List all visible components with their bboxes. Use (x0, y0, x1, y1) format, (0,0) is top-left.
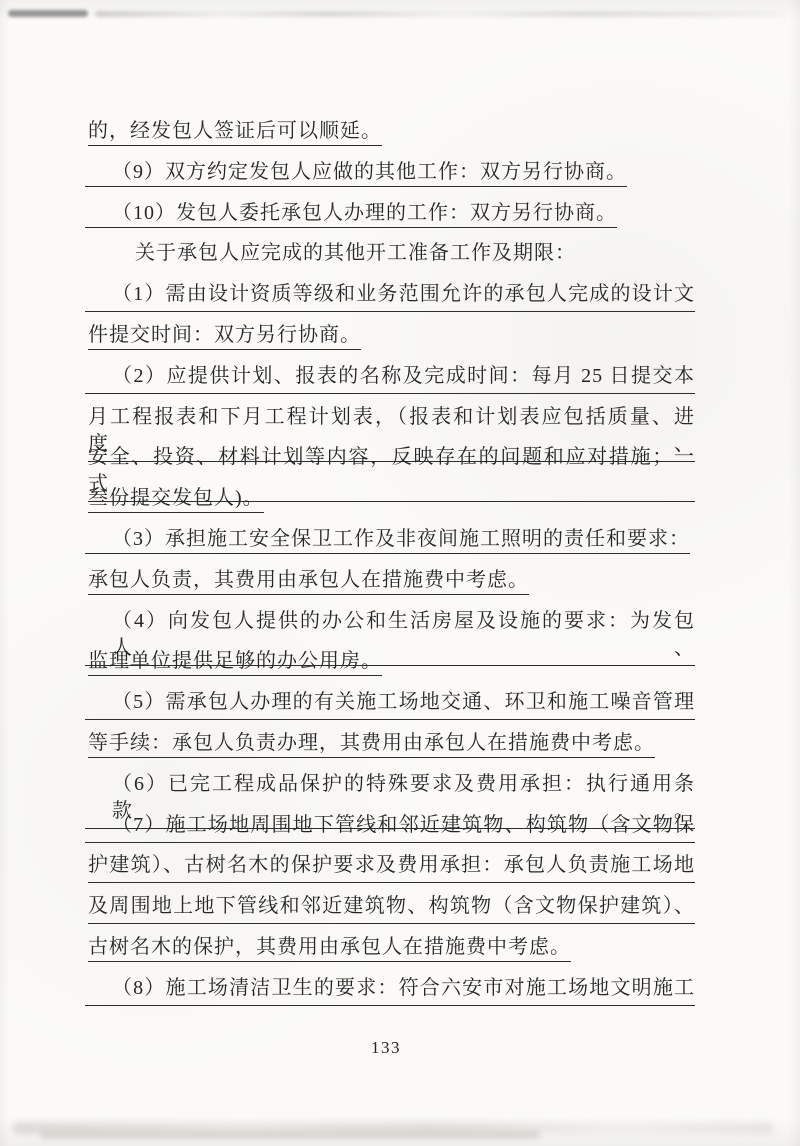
document-body: 的，经发包人签证后可以顺延。 （9）双方约定发包人应做的其他工作：双方另行协商。… (88, 113, 695, 1011)
text-line: （1）需由设计资质等级和业务范围允许的承包人完成的设计文 (88, 276, 695, 317)
text-line-content: 件提交时间：双方另行协商。 (88, 324, 361, 350)
text-line-content: 护建筑）、古树名木的保护要求及费用承担：承包人负责施工场地 (88, 852, 695, 883)
text-line: 承包人负责，其费用由承包人在措施费中考虑。 (88, 562, 695, 603)
text-line: （4）向发包人提供的办公和生活房屋及设施的要求：为发包人、 (88, 603, 695, 644)
scan-smudge-top-left (8, 10, 88, 17)
text-line: 关于承包人应完成的其他开工准备工作及期限： (88, 235, 695, 276)
text-line: 的，经发包人签证后可以顺延。 (88, 113, 695, 154)
text-line-content: （5）需承包人办理的有关施工场地交通、环卫和施工噪音管理 (85, 689, 695, 720)
text-line-content: 古树名木的保护，其费用由承包人在措施费中考虑。 (88, 936, 571, 962)
text-line: （8）施工场清洁卫生的要求：符合六安市对施工场地文明施工 (88, 970, 695, 1011)
text-line-content: （2）应提供计划、报表的名称及完成时间：每月 25 日提交本 (85, 363, 695, 394)
text-line: 件提交时间：双方另行协商。 (88, 317, 695, 358)
text-line: 古树名木的保护，其费用由承包人在措施费中考虑。 (88, 929, 695, 970)
text-line-content: 叁份提交发包人)。 (88, 487, 264, 513)
text-line-content: （7）施工场地周围地下管线和邻近建筑物、构筑物（含文物保 (85, 812, 695, 843)
text-line: 等手续：承包人负责办理，其费用由承包人在措施费中考虑。 (88, 725, 695, 766)
scan-smudge-top-band (95, 11, 787, 17)
text-line-content: （10）发包人委托承包人办理的工作：双方另行协商。 (85, 202, 617, 228)
text-line: （9）双方约定发包人应做的其他工作：双方另行协商。 (88, 154, 695, 195)
text-line-content: 关于承包人应完成的其他开工准备工作及期限： (135, 242, 576, 267)
text-line: （2）应提供计划、报表的名称及完成时间：每月 25 日提交本 (88, 358, 695, 399)
scan-smudge-bottom-soft (40, 1131, 540, 1139)
scan-smudge-bottom-band (12, 1122, 774, 1134)
text-line: 护建筑）、古树名木的保护要求及费用承担：承包人负责施工场地 (88, 847, 695, 888)
text-line-content: 等手续：承包人负责办理，其费用由承包人在措施费中考虑。 (88, 732, 655, 758)
text-line-content: 及周围地上地下管线和邻近建筑物、构筑物（含文物保护建筑）、 (88, 893, 695, 924)
text-line: （10）发包人委托承包人办理的工作：双方另行协商。 (88, 195, 695, 236)
text-line: （5）需承包人办理的有关施工场地交通、环卫和施工噪音管理 (88, 684, 695, 725)
text-line-content: 监理单位提供足够的办公用房。 (88, 650, 382, 676)
text-line-content: 承包人负责，其费用由承包人在措施费中考虑。 (88, 569, 529, 595)
text-line: 安全、投资、材料计划等内容，反映存在的问题和应对措施；一式 (88, 439, 695, 480)
text-line: （7）施工场地周围地下管线和邻近建筑物、构筑物（含文物保 (88, 807, 695, 848)
page-number: 133 (0, 1038, 772, 1058)
text-line-content: （8）施工场清洁卫生的要求：符合六安市对施工场地文明施工 (85, 975, 695, 1006)
text-line: 月工程报表和下月工程计划表，（报表和计划表应包括质量、进度、 (88, 399, 695, 440)
text-line-content: （9）双方约定发包人应做的其他工作：双方另行协商。 (85, 161, 627, 187)
text-line: （3）承担施工安全保卫工作及非夜间施工照明的责任和要求： (88, 521, 695, 562)
text-line: 及周围地上地下管线和邻近建筑物、构筑物（含文物保护建筑）、 (88, 888, 695, 929)
document-page: 的，经发包人签证后可以顺延。 （9）双方约定发包人应做的其他工作：双方另行协商。… (0, 0, 800, 1146)
text-line: （6）已完工程成品保护的特殊要求及费用承担：执行通用条款。 (88, 766, 695, 807)
text-line: 叁份提交发包人)。 (88, 480, 695, 521)
text-line-content: （3）承担施工安全保卫工作及非夜间施工照明的责任和要求： (85, 528, 690, 554)
text-line-content: 的，经发包人签证后可以顺延。 (88, 120, 382, 146)
text-line-content: （1）需由设计资质等级和业务范围允许的承包人完成的设计文 (85, 281, 695, 312)
